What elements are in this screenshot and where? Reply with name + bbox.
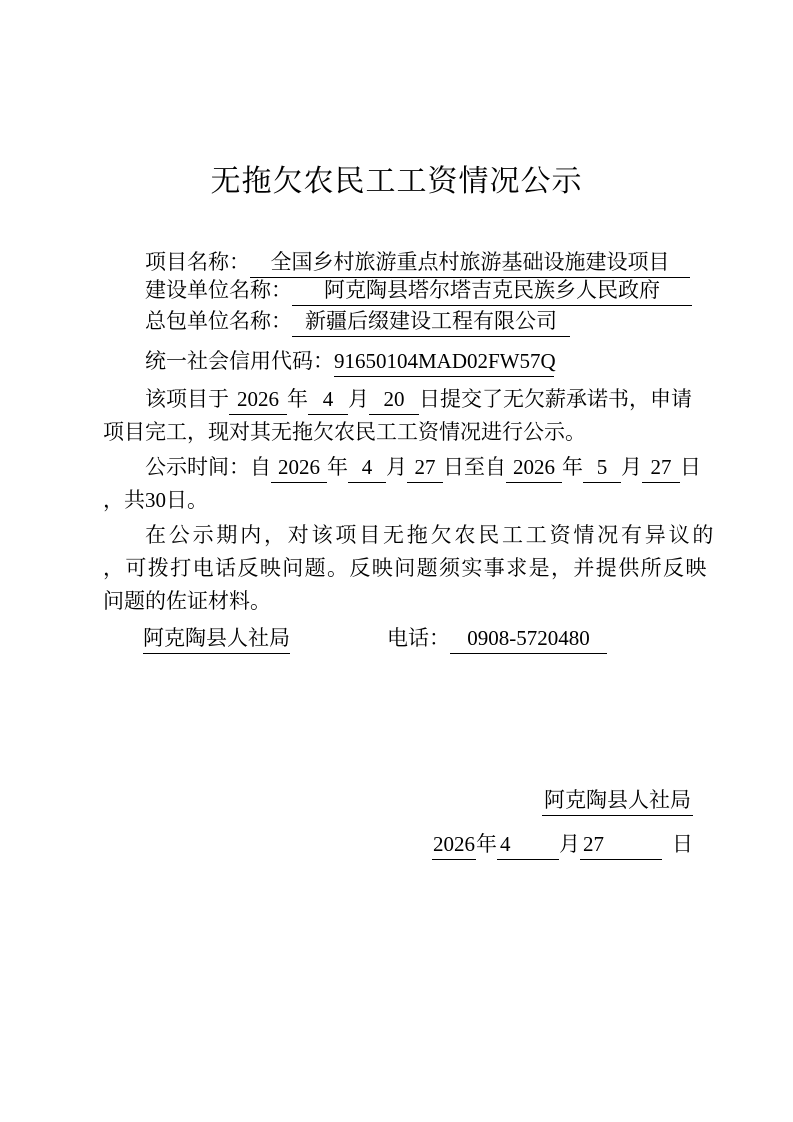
field-row-project-name: 项目名称：全国乡村旅游重点村旅游基础设施建设项目 bbox=[145, 249, 690, 278]
objection-line-3: 问题的佐证材料。 bbox=[103, 588, 271, 615]
publicity-start-month: 4 bbox=[348, 454, 386, 483]
publicity-end-month: 5 bbox=[583, 454, 621, 483]
doc-title: 无拖欠农民工工资情况公示 bbox=[0, 163, 793, 201]
field-row-contractor-name: 总包单位名称：新疆后缀建设工程有限公司 bbox=[145, 308, 570, 337]
month-unit: 月 bbox=[386, 455, 407, 479]
month-unit: 月 bbox=[621, 455, 642, 479]
publicity-start-year: 2026 bbox=[271, 454, 327, 483]
credit-code-value: 91650104MAD02FW57Q bbox=[334, 348, 554, 377]
signature-month: 4 bbox=[497, 831, 559, 860]
signature-bureau: 阿克陶县人社局 bbox=[542, 787, 693, 816]
signature-date-line: 2026年4月27日 bbox=[432, 831, 693, 860]
contact-bureau: 阿克陶县人社局 bbox=[143, 625, 290, 654]
commitment-month: 4 bbox=[308, 386, 348, 415]
publicity-text: 公示时间：自 bbox=[145, 455, 271, 479]
publicity-start-day: 27 bbox=[407, 454, 443, 483]
day-unit: 日 bbox=[672, 832, 693, 856]
builder-name-value: 阿克陶县塔尔塔吉克民族乡人民政府 bbox=[292, 277, 692, 306]
objection-line-1: 在公示期内，对该项目无拖欠农民工工资情况有异议的 bbox=[145, 522, 716, 549]
publicity-end-day: 27 bbox=[642, 454, 680, 483]
document-page: 无拖欠农民工工资情况公示 项目名称：全国乡村旅游重点村旅游基础设施建设项目 建设… bbox=[0, 0, 793, 1122]
year-unit: 年 bbox=[476, 832, 497, 856]
builder-name-label: 建设单位名称： bbox=[145, 278, 292, 302]
contact-line: 阿克陶县人社局电话：0908-5720480 bbox=[143, 625, 607, 654]
year-unit: 年 bbox=[327, 455, 348, 479]
contractor-name-value: 新疆后缀建设工程有限公司 bbox=[292, 308, 570, 337]
year-unit: 年 bbox=[287, 387, 308, 411]
contractor-name-label: 总包单位名称： bbox=[145, 309, 292, 333]
phone-label: 电话： bbox=[387, 626, 450, 650]
day-unit: 日 bbox=[680, 455, 701, 479]
month-unit: 月 bbox=[559, 832, 580, 856]
commitment-line-1: 该项目于2026年4月20日提交了无欠薪承诺书，申请 bbox=[145, 386, 692, 415]
commitment-line-2: 项目完工，现对其无拖欠农民工工资情况进行公示。 bbox=[103, 419, 586, 446]
commitment-year: 2026 bbox=[229, 386, 287, 415]
publicity-line-2: ，共30日。 bbox=[103, 487, 208, 514]
project-name-label: 项目名称： bbox=[145, 250, 250, 274]
month-unit: 月 bbox=[348, 387, 369, 411]
project-name-value: 全国乡村旅游重点村旅游基础设施建设项目 bbox=[250, 249, 690, 278]
signature-day: 27 bbox=[580, 831, 662, 860]
field-row-credit-code: 统一社会信用代码：91650104MAD02FW57Q bbox=[145, 348, 554, 377]
credit-code-label: 统一社会信用代码： bbox=[145, 349, 334, 373]
publicity-line-1: 公示时间：自2026年4月27日至自2026年5月27日 bbox=[145, 454, 701, 483]
commitment-text: 日提交了无欠薪承诺书，申请 bbox=[419, 387, 692, 411]
signature-year: 2026 bbox=[432, 831, 476, 860]
objection-line-2: ，可拨打电话反映问题。反映问题须实事求是，并提供所反映 bbox=[103, 555, 708, 582]
phone-value: 0908-5720480 bbox=[450, 625, 607, 654]
commitment-text: 该项目于 bbox=[145, 387, 229, 411]
year-unit: 年 bbox=[562, 455, 583, 479]
commitment-day: 20 bbox=[369, 386, 419, 415]
signature-bureau-line: 阿克陶县人社局 bbox=[542, 787, 693, 816]
publicity-end-year: 2026 bbox=[506, 454, 562, 483]
field-row-builder-name: 建设单位名称：阿克陶县塔尔塔吉克民族乡人民政府 bbox=[145, 277, 692, 306]
publicity-text: 日至自 bbox=[443, 455, 506, 479]
